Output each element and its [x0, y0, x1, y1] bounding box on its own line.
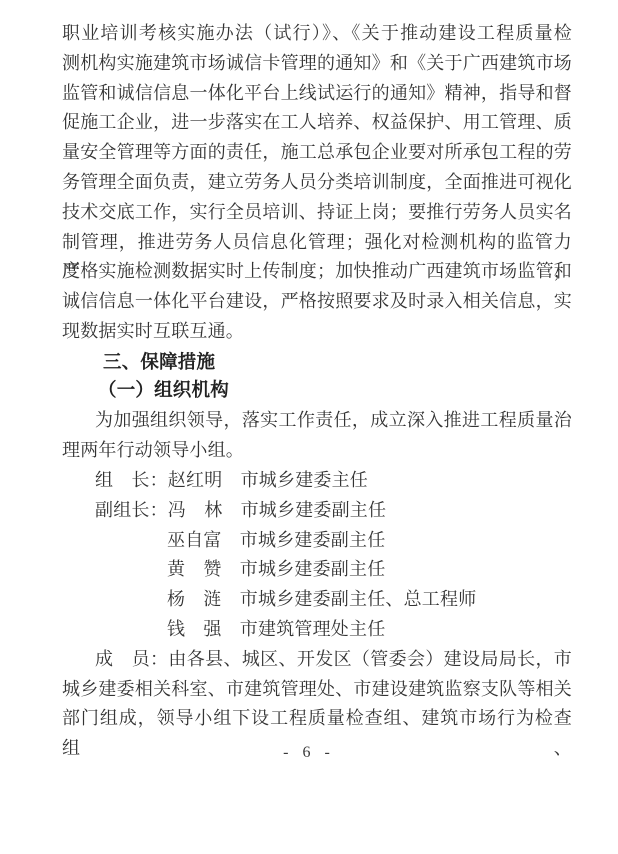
body-line: 理两年行动领导小组。 [62, 436, 572, 466]
deputy-leader-line: 杨 涟 市城乡建委副主任、总工程师 [62, 585, 572, 615]
body-line: 部门组成，领导小组下设工程质量检查组、建筑市场行为检查组、 [62, 704, 572, 734]
body-line: 现数据实时互联互通。 [62, 317, 572, 347]
body-line: 制管理，推进劳务人员信息化管理；强化对检测机构的监管力度， [62, 228, 572, 258]
body-line: 严格实施检测数据实时上传制度；加快推动广西建筑市场监管和 [62, 257, 572, 287]
members-line: 成 员：由各县、城区、开发区（管委会）建设局局长，市 [62, 645, 572, 675]
body-line: 测机构实施建筑市场诚信卡管理的通知》和《关于广西建筑市场 [62, 49, 572, 79]
body-line: 诚信信息一体化平台建设，严格按照要求及时录入相关信息，实 [62, 287, 572, 317]
body-line: 城乡建委相关科室、市建筑管理处、市建设建筑监察支队等相关 [62, 675, 572, 705]
body-line: 促施工企业，进一步落实在工人培养、权益保护、用工管理、质 [62, 108, 572, 138]
document-text-block: 职业培训考核实施办法（试行）》、《关于推动建设工程质量检 测机构实施建筑市场诚信… [62, 19, 572, 734]
page-number: - 6 - [0, 744, 618, 762]
body-line: 为加强组织领导，落实工作责任，成立深入推进工程质量治 [62, 406, 572, 436]
body-line: 职业培训考核实施办法（试行）》、《关于推动建设工程质量检 [62, 19, 572, 49]
body-line: 监管和诚信信息一体化平台上线试运行的通知》精神，指导和督 [62, 79, 572, 109]
subsection-heading: （一）组织机构 [62, 377, 572, 407]
deputy-leader-line: 黄 赞 市城乡建委副主任 [62, 555, 572, 585]
body-line: 技术交底工作，实行全员培训、持证上岗；要推行劳务人员实名 [62, 198, 572, 228]
deputy-leader-line: 钱 强 市建筑管理处主任 [62, 615, 572, 645]
deputy-leader-line: 副组长：冯 林 市城乡建委副主任 [62, 496, 572, 526]
section-heading: 三、保障措施 [62, 347, 572, 377]
scanned-document-page: 职业培训考核实施办法（试行）》、《关于推动建设工程质量检 测机构实施建筑市场诚信… [0, 0, 618, 854]
deputy-leader-line: 巫自富 市城乡建委副主任 [62, 526, 572, 556]
leader-line: 组 长：赵红明 市城乡建委主任 [62, 466, 572, 496]
body-line: 务管理全面负责，建立劳务人员分类培训制度，全面推进可视化 [62, 168, 572, 198]
body-line: 量安全管理等方面的责任，施工总承包企业要对所承包工程的劳 [62, 138, 572, 168]
